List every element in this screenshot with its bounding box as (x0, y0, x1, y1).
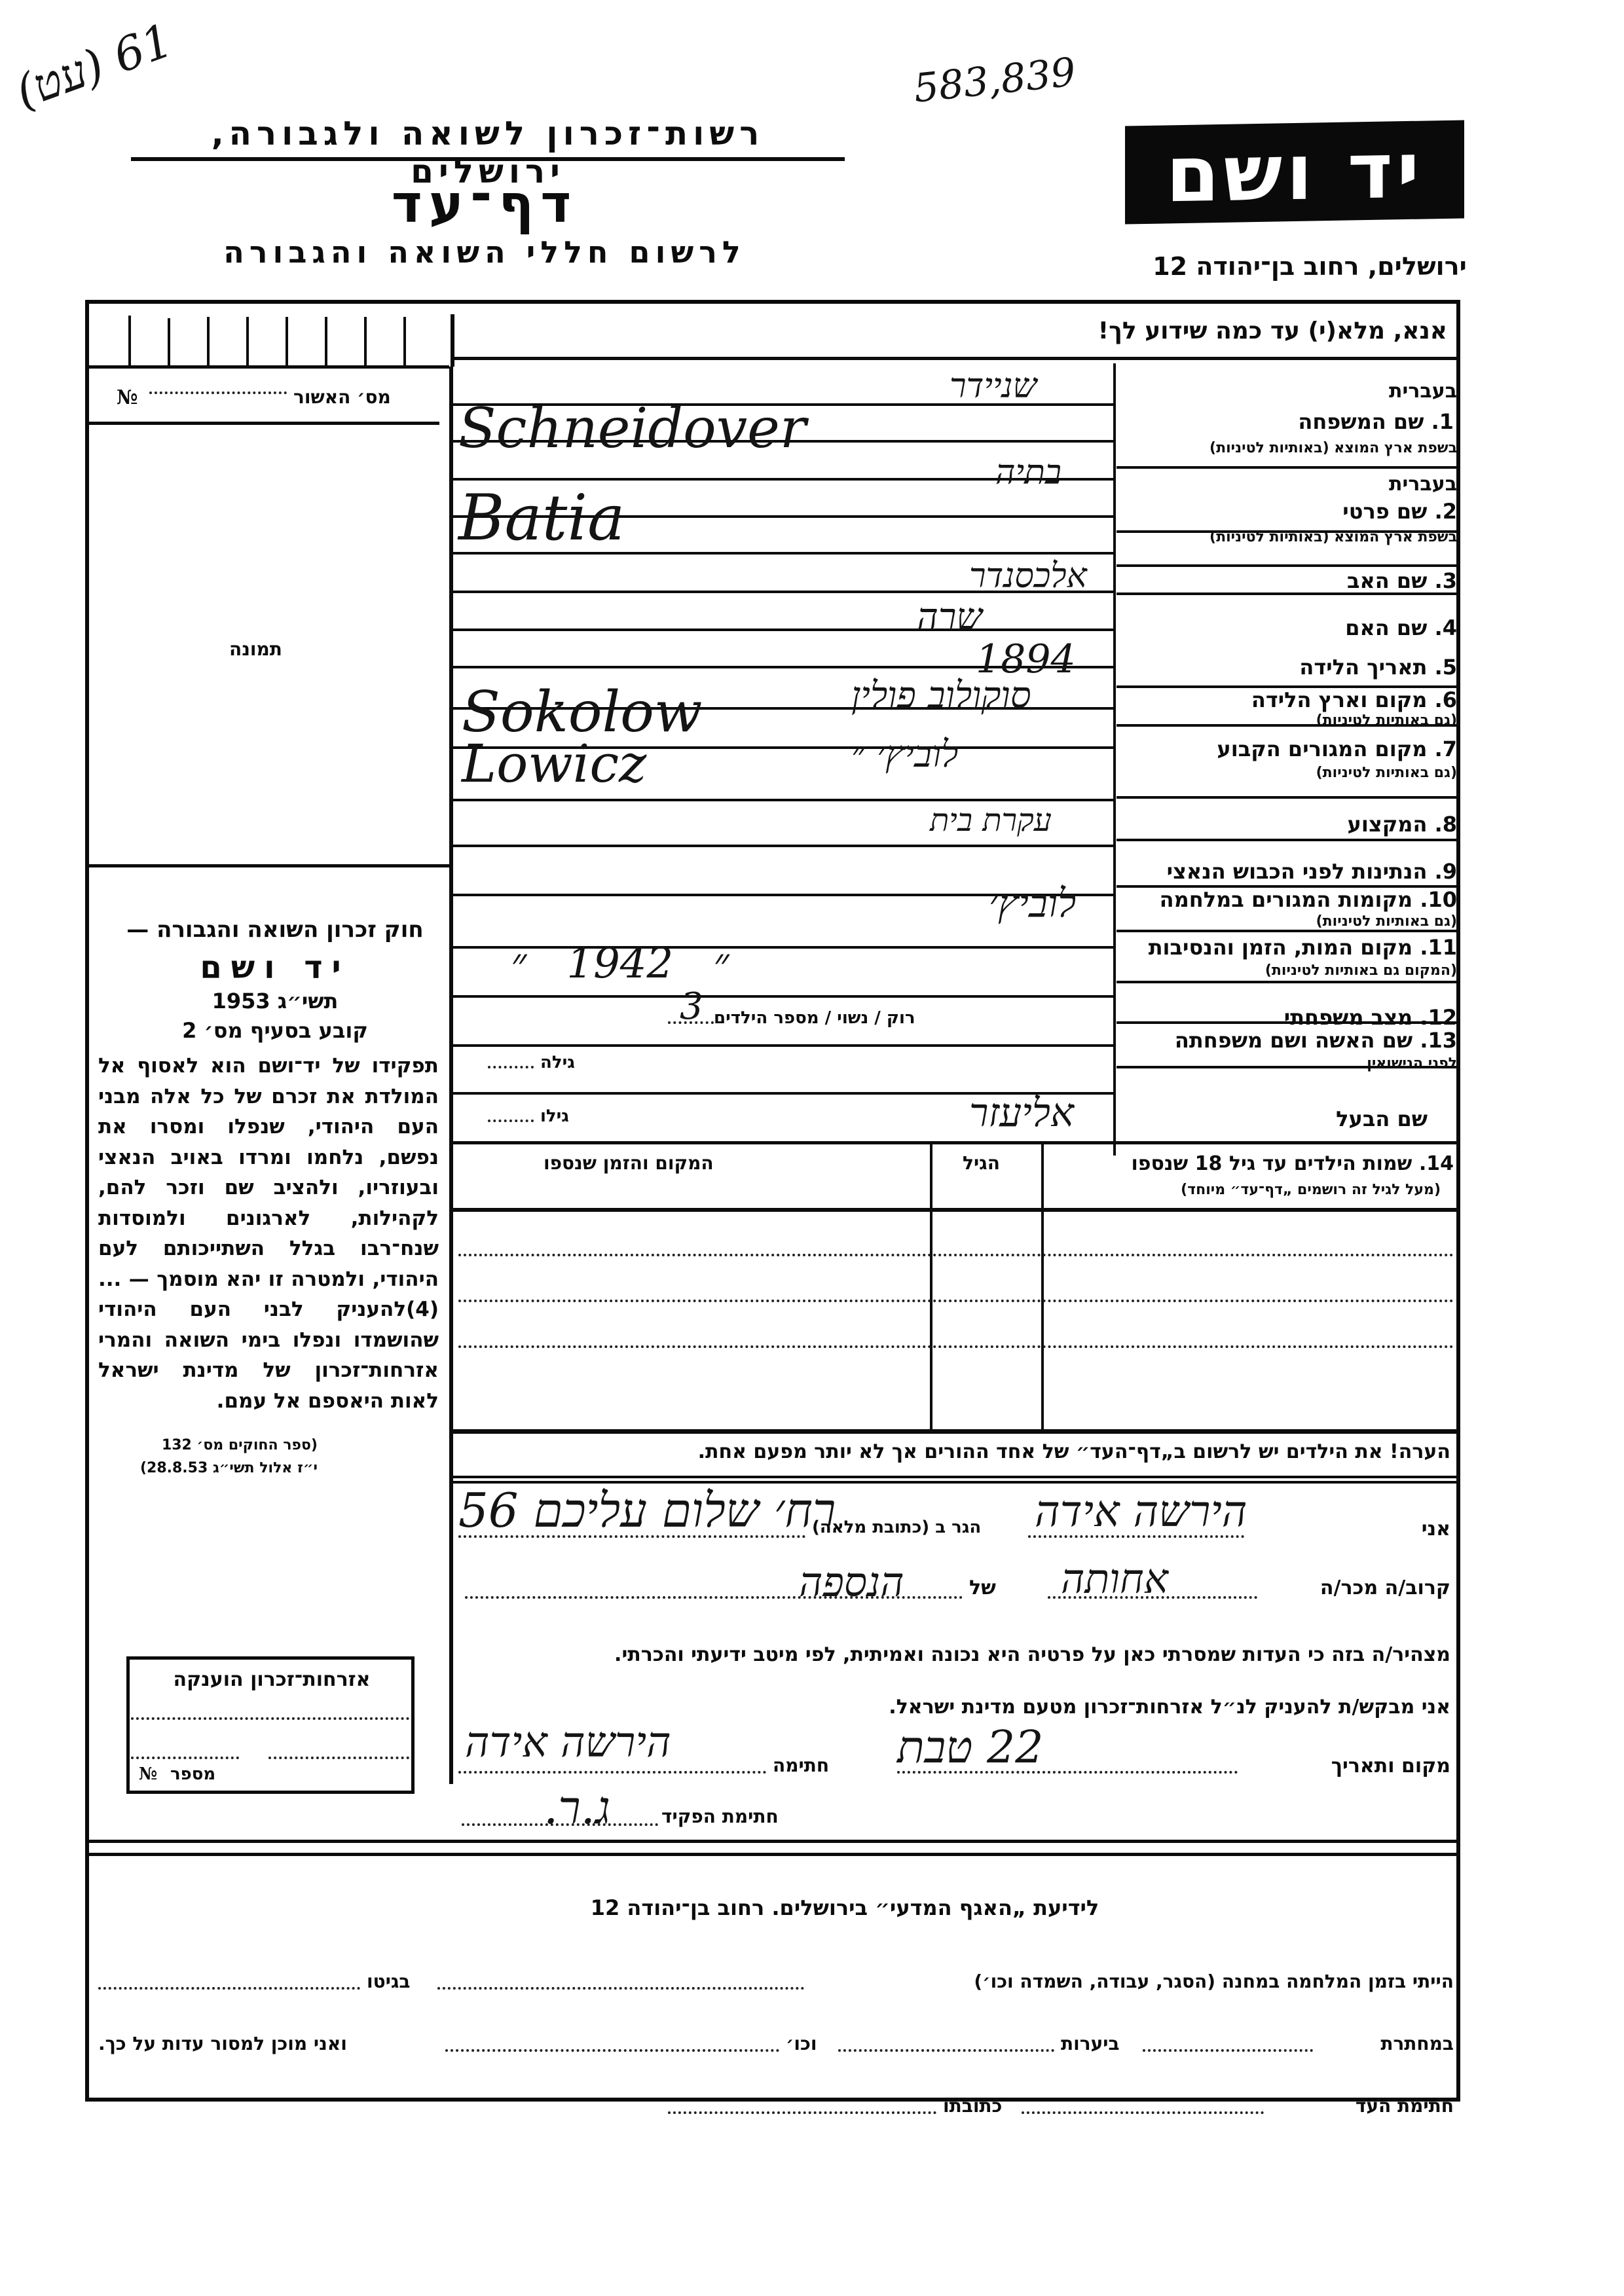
citizenship-request: אני מבקש/ת להעניק לנ״ל אזרחות־זכרון מטעם… (889, 1696, 1450, 1719)
field-sublabel: (גם באותיות לטיניות) (1316, 913, 1457, 930)
field-sublabel: (המקום גם באותיות לטיניות) (1265, 962, 1457, 979)
husband-name-input[interactable]: אליעזר (969, 1090, 1074, 1136)
underground-label: במחתרת (1380, 2033, 1454, 2054)
divider (89, 1840, 1460, 1843)
signature-label: חתימה (773, 1755, 829, 1776)
officer-signature-line (462, 1823, 658, 1826)
divider (452, 357, 1460, 360)
signature-input[interactable]: הירשה אידה (465, 1719, 671, 1767)
family-name-latin-input[interactable]: Schneidover (458, 396, 806, 460)
wartime-residence-input[interactable]: לוביץ׳ (989, 881, 1076, 926)
father-name-input[interactable]: אלכסנדר (969, 556, 1087, 596)
organization-address: ירושלים, רחוב בן־יהודה 12 (1133, 252, 1486, 281)
name-line (1028, 1535, 1244, 1538)
divider (89, 864, 451, 867)
declarant-address-input[interactable]: רח׳ שלום עליכם 56 (458, 1483, 836, 1539)
col-place-time-header: המקום והזמן שנספו (544, 1152, 714, 1174)
citizenship-field-2[interactable] (268, 1757, 409, 1759)
left-column-border (449, 367, 453, 1784)
place-date-label: מקום ותאריך (1331, 1755, 1450, 1777)
witness-address-label: כתובתו (943, 2095, 1002, 2117)
law-citation-1: (ספר החוקים מס׳ 132 (101, 1437, 318, 1453)
etc-label: וכו׳ (786, 2033, 817, 2054)
field-label: 9. הנתינות לפני הכבוש הנאצי (1167, 859, 1457, 884)
citizenship-box-title: אזרחות־זכרון הוענקה (151, 1668, 393, 1691)
forests-input[interactable] (838, 2049, 1054, 2052)
of-label: של (969, 1576, 996, 1599)
field-label: 11. מקום המות, הזמן והנסיבות (1149, 935, 1457, 960)
hebrew-tag: בעברית (1389, 473, 1457, 496)
divider (89, 365, 449, 369)
wife-age-input[interactable] (488, 1066, 534, 1068)
law-citation-2: י״ז אלול תשי״ג 28.8.53) (101, 1460, 318, 1476)
camp-label: הייתי בזמן המלחמה במחנה (הסגר, עבודה, הש… (974, 1971, 1454, 1992)
number-symbol: № (117, 386, 138, 409)
wife-age-label: גילה (540, 1053, 575, 1072)
mother-name-input[interactable]: שרה (917, 596, 982, 638)
children-row-1[interactable] (458, 1254, 1454, 1256)
underground-input[interactable] (1143, 2049, 1313, 2052)
ghetto-label: בגיטו (367, 1971, 410, 1992)
logo-text: יד ושם (1166, 125, 1423, 220)
law-year: תשי״ג 1953 (111, 989, 439, 1013)
reference-number: 583,839 (912, 49, 1078, 112)
birth-place-hebrew-input[interactable]: סוקולוב פולין (851, 674, 1031, 717)
field-label: 5. תאריך הלידה (1299, 655, 1457, 680)
address-label: הגר ב (כתובת מלאה) (812, 1518, 981, 1537)
approval-number-field[interactable] (149, 392, 287, 394)
witness-signature-input[interactable] (1022, 2111, 1264, 2114)
citizenship-field-1[interactable] (131, 1717, 409, 1720)
camp-input[interactable] (437, 1987, 804, 1990)
children-row-2[interactable] (458, 1300, 1454, 1302)
address-line (458, 1535, 805, 1538)
approval-label: מס׳ האשור (293, 386, 391, 408)
field-label: 7. מקום המגורים הקבוע (1217, 737, 1457, 761)
of-input[interactable]: הנספה (799, 1558, 904, 1607)
divider (453, 1476, 1458, 1478)
field-sublabel: לפני הנישואין (1367, 1055, 1457, 1072)
form-subtitle: לרשום חללי השואה והגבורה (196, 234, 773, 270)
witness-signature-label: חתימת העד (1356, 2095, 1454, 2117)
field-label: 10. מקומות המגורים במלחמה (1160, 887, 1457, 912)
testimony-willingness: ואני מוכן למסור עדות על כך. (98, 2033, 347, 2054)
children-count-input[interactable]: 3 (680, 985, 703, 1028)
declaration-text: מצהיר/ה בזה כי העדות שמסרתי כאן על פרטיה… (614, 1643, 1450, 1666)
signature-line (458, 1771, 766, 1774)
first-name-hebrew-input[interactable]: בתיה (995, 453, 1061, 492)
label-column-border (1113, 363, 1116, 1156)
children-sublabel: (מעל לגיל זה רושמים „דף־עד״ מיוחד) (1181, 1182, 1441, 1198)
header-rule (131, 157, 845, 161)
law-body: תפקידו של יד־ושם הוא לאסוף אל המולדת את … (98, 1051, 439, 1416)
i-label: אני (1422, 1518, 1450, 1540)
officer-signature-input[interactable]: ג.ר. (544, 1781, 610, 1835)
hebrew-tag: בעברית (1389, 380, 1457, 403)
law-heading: חוק זכרון השואה והגבורה — (111, 917, 439, 943)
divider (89, 422, 439, 425)
husband-age-label: גילו (540, 1106, 569, 1126)
yad-vashem-logo: יד ושם (1125, 120, 1464, 224)
residence-latin-input[interactable]: Lowicz (462, 733, 646, 794)
other-input[interactable] (445, 2049, 779, 2052)
field-label: שם הבעל (1336, 1106, 1428, 1131)
residence-hebrew-input[interactable]: לוביץ׳ ״ (851, 733, 958, 776)
forests-label: ביערות (1061, 2033, 1120, 2054)
declarant-name-input[interactable]: הירשה אידה (1035, 1486, 1247, 1537)
field-label: 12. מצב משפחתי (1284, 1005, 1457, 1030)
form-instruction: אנא, מלא(י) עד כמה שידוע לך! (1098, 318, 1447, 344)
witness-address-input[interactable] (668, 2111, 936, 2114)
ghetto-input[interactable] (98, 1987, 360, 1990)
citizenship-number-label: מספר (170, 1764, 215, 1784)
children-header: 14. שמות הילדים עד גיל 18 שנספו (1131, 1152, 1454, 1175)
field-label: 1. שם המשפחה (1298, 409, 1454, 434)
marital-options[interactable]: רוק / נשוי / מספר הילדים (714, 1008, 915, 1028)
officer-signature-label: חתימת הפקיד (661, 1806, 779, 1827)
field-sublabel: בשפת ארץ המוצא (באותיות לטיניות) (1209, 440, 1457, 456)
field-label: 13. שם האשה ושם משפחתה (1175, 1028, 1457, 1053)
field-label: 3. שם האב (1347, 568, 1457, 593)
husband-age-input[interactable] (488, 1120, 534, 1122)
law-clause: קובע בסעיף מס׳ 2 (111, 1018, 439, 1043)
footer-title: לידיעת „האגף המדעי״ בירושלים. רחוב בן־יה… (517, 1895, 1172, 1920)
field-label: 8. המקצוע (1348, 812, 1457, 837)
law-name: יד ושם (111, 949, 439, 986)
field-sublabel: (גם באותיות לטיניות) (1316, 712, 1457, 729)
death-details-input[interactable]: ״ 1942 ״ (511, 939, 1100, 988)
relation-label: קרוב/ה מכר/ה (1320, 1576, 1450, 1599)
field-label: 6. מקום וארץ הלידה (1251, 687, 1457, 712)
field-sublabel: (גם באותיות לטיניות) (1316, 765, 1457, 781)
field-label: 4. שם האם (1345, 615, 1457, 640)
place-date-line (897, 1771, 1238, 1774)
col-age-header: הגיל (963, 1152, 1000, 1174)
of-line (465, 1596, 963, 1599)
divider (89, 1853, 1460, 1856)
children-note: הערה! את הילדים יש לרשום ב„דף־העד״ של אח… (698, 1440, 1450, 1463)
field-label: 2. שם פרטי (1342, 499, 1457, 524)
profession-input[interactable]: עקרת בית (930, 802, 1052, 839)
form-title: דף־עד (288, 173, 681, 234)
family-name-hebrew-input[interactable]: שניידר (950, 367, 1037, 406)
place-date-input[interactable]: 22 טבת (897, 1722, 1043, 1774)
first-name-latin-input[interactable]: Batia (458, 481, 625, 555)
children-row-3[interactable] (458, 1345, 1454, 1348)
photo-placeholder[interactable] (92, 426, 449, 864)
number-symbol: № (139, 1764, 157, 1784)
relation-line (1048, 1596, 1257, 1599)
corner-annotation: (עט) 61 (9, 13, 179, 120)
field-sublabel: בשפת ארץ המוצא (באותיות לטיניות) (1209, 529, 1457, 545)
citizenship-number-input[interactable] (131, 1757, 239, 1759)
